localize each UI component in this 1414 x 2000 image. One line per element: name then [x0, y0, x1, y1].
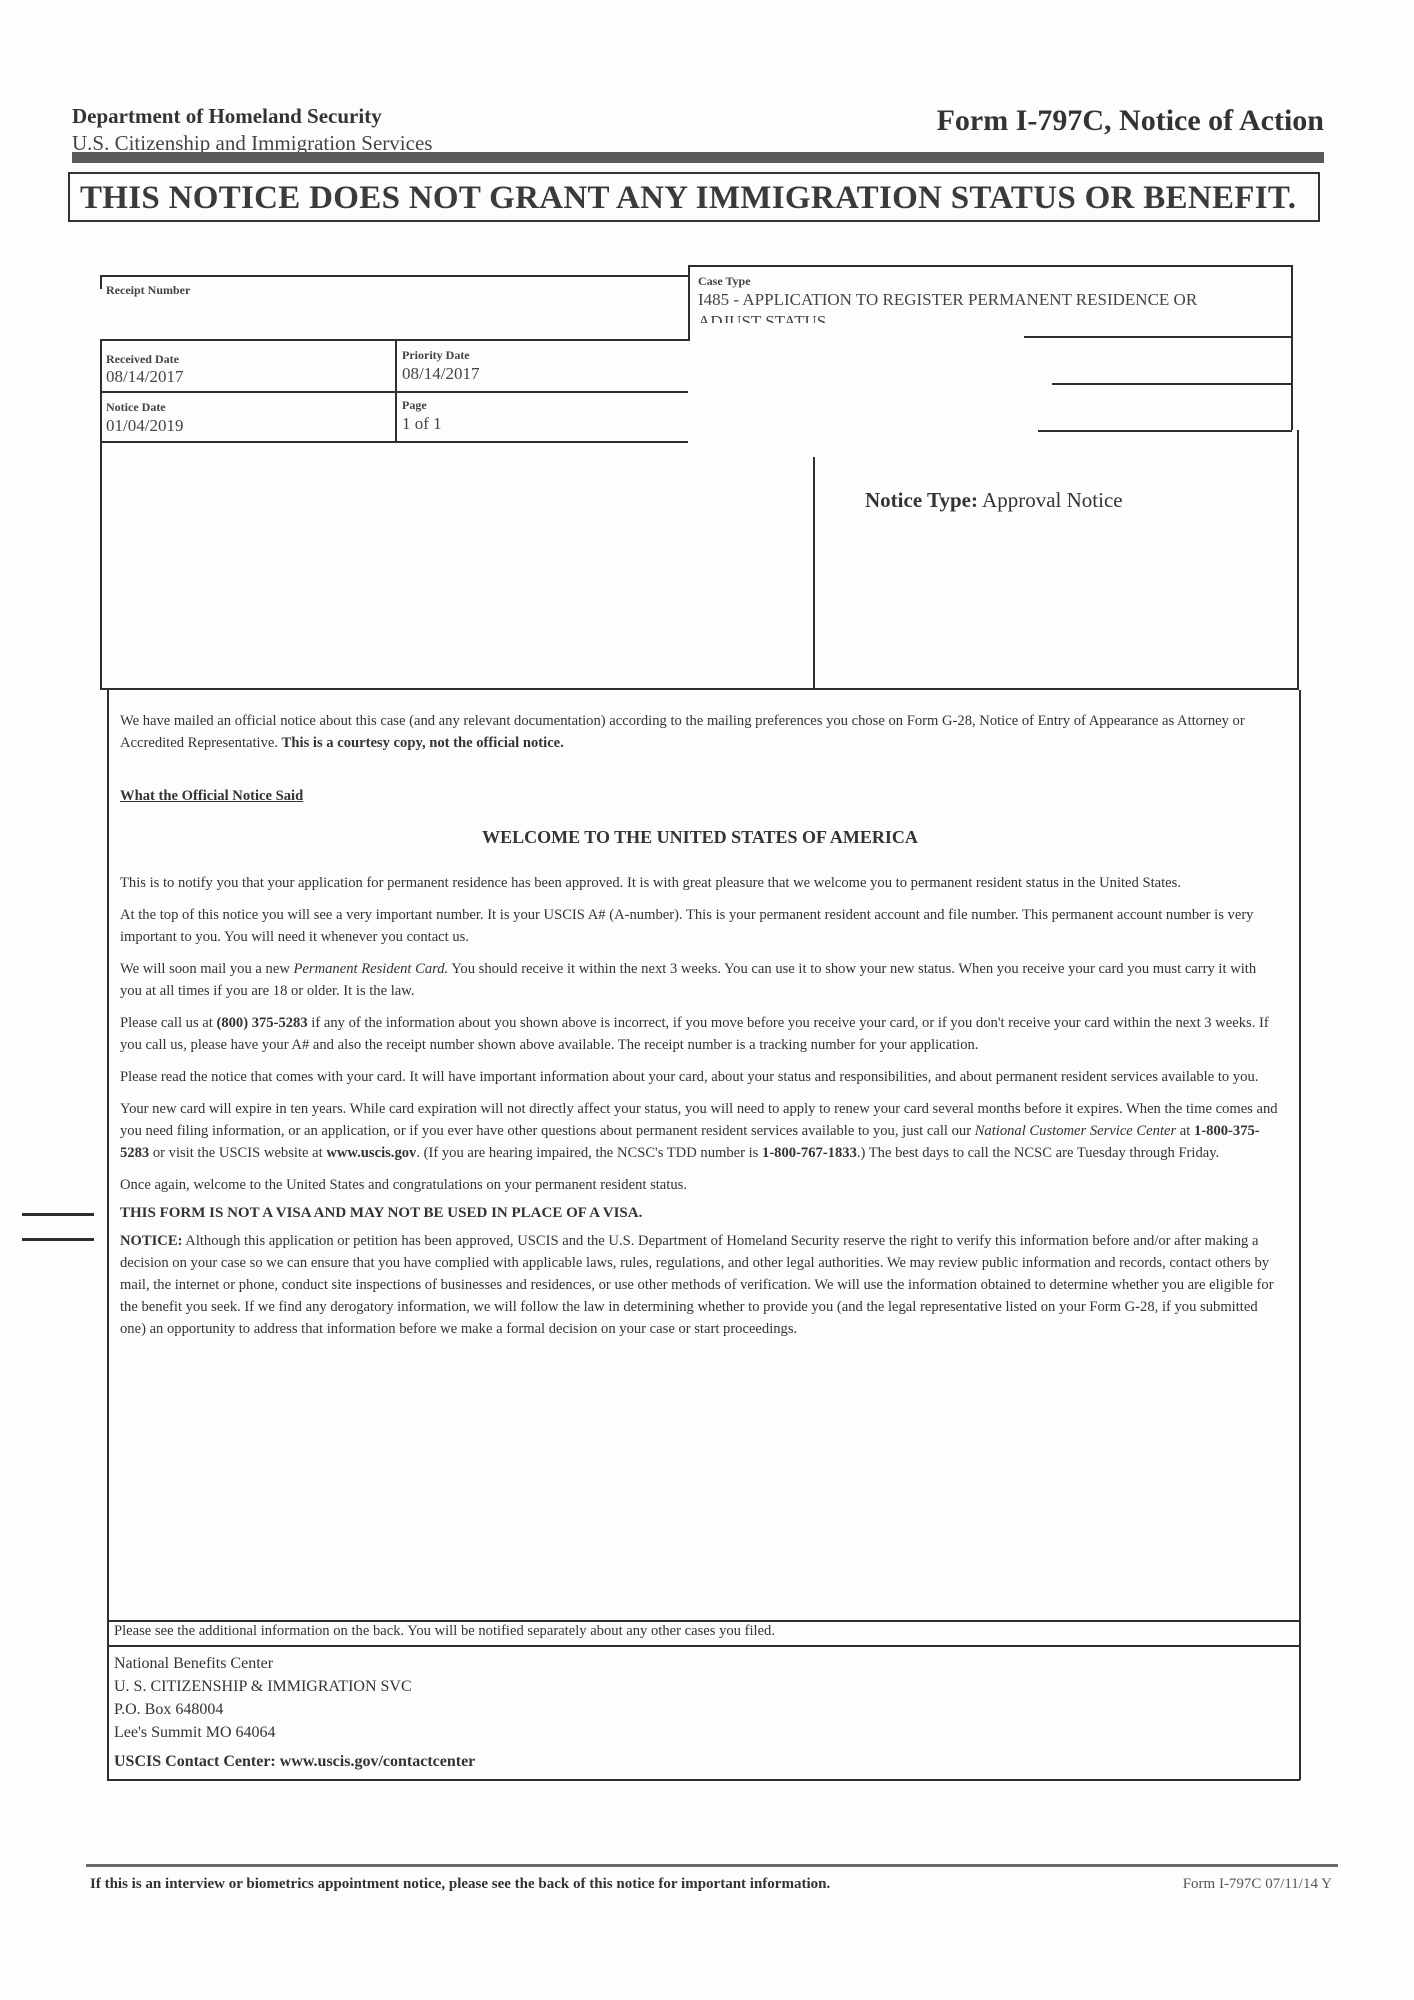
- paragraph-a-number: At the top of this notice you will see a…: [120, 904, 1280, 948]
- page-value: 1 of 1: [402, 414, 442, 434]
- footer-note: If this is an interview or biometrics ap…: [90, 1876, 830, 1893]
- header-divider-bar: [72, 152, 1324, 163]
- notice-body: This is to notify you that your applicat…: [120, 872, 1280, 1340]
- welcome-heading: WELCOME TO THE UNITED STATES OF AMERICA: [120, 826, 1280, 848]
- paragraph-verification-notice: NOTICE: Although this application or pet…: [120, 1230, 1280, 1340]
- notice-type: Notice Type: Approval Notice: [865, 488, 1123, 513]
- footer-form-id: Form I-797C 07/11/14 Y: [1183, 1876, 1332, 1893]
- case-type-value-line2: ADJUST STATUS: [698, 312, 826, 323]
- received-date-label: Received Date: [106, 352, 179, 367]
- additional-info-note: Please see the additional information on…: [114, 1623, 775, 1640]
- notice-date-value: 01/04/2019: [106, 416, 183, 436]
- office-address: National Benefits Center U. S. CITIZENSH…: [114, 1652, 475, 1773]
- margin-mark: [22, 1213, 94, 1216]
- section-heading: What the Official Notice Said: [120, 785, 1280, 807]
- priority-date-value: 08/14/2017: [402, 364, 479, 384]
- paragraph-congratulations: Once again, welcome to the United States…: [120, 1174, 1280, 1196]
- notice-type-label: Notice Type:: [865, 488, 978, 512]
- case-type-value-line1: I485 - APPLICATION TO REGISTER PERMANENT…: [698, 290, 1197, 310]
- contact-center: USCIS Contact Center: www.uscis.gov/cont…: [114, 1750, 475, 1773]
- paragraph-contact: Please call us at (800) 375-5283 if any …: [120, 1012, 1280, 1056]
- received-date-value: 08/14/2017: [106, 367, 183, 387]
- footer-divider: [86, 1864, 1338, 1867]
- margin-mark: [22, 1238, 94, 1241]
- paragraph-expiration: Your new card will expire in ten years. …: [120, 1098, 1280, 1164]
- status-disclaimer-banner: THIS NOTICE DOES NOT GRANT ANY IMMIGRATI…: [68, 172, 1320, 222]
- section-heading-text: What the Official Notice Said: [120, 788, 303, 804]
- intro-paragraph: We have mailed an official notice about …: [120, 710, 1280, 754]
- office-city: Lee's Summit MO 64064: [114, 1721, 475, 1744]
- paragraph-approval: This is to notify you that your applicat…: [120, 872, 1280, 894]
- form-title: Form I-797C, Notice of Action: [937, 104, 1324, 138]
- office-name: National Benefits Center: [114, 1652, 475, 1675]
- receipt-number-label: Receipt Number: [106, 283, 190, 298]
- page-label: Page: [402, 398, 427, 413]
- notice-date-label: Notice Date: [106, 400, 166, 415]
- office-po-box: P.O. Box 648004: [114, 1698, 475, 1721]
- paragraph-read-notice: Please read the notice that comes with y…: [120, 1066, 1280, 1088]
- paragraph-card-mailing: We will soon mail you a new Permanent Re…: [120, 958, 1280, 1002]
- notice-type-value: Approval Notice: [982, 488, 1123, 512]
- office-agency: U. S. CITIZENSHIP & IMMIGRATION SVC: [114, 1675, 475, 1698]
- visa-warning: THIS FORM IS NOT A VISA AND MAY NOT BE U…: [120, 1202, 1280, 1224]
- agency-name: Department of Homeland Security: [72, 104, 382, 129]
- courtesy-copy-note: This is a courtesy copy, not the officia…: [282, 735, 564, 751]
- case-type-label: Case Type: [698, 274, 751, 289]
- priority-date-label: Priority Date: [402, 348, 470, 363]
